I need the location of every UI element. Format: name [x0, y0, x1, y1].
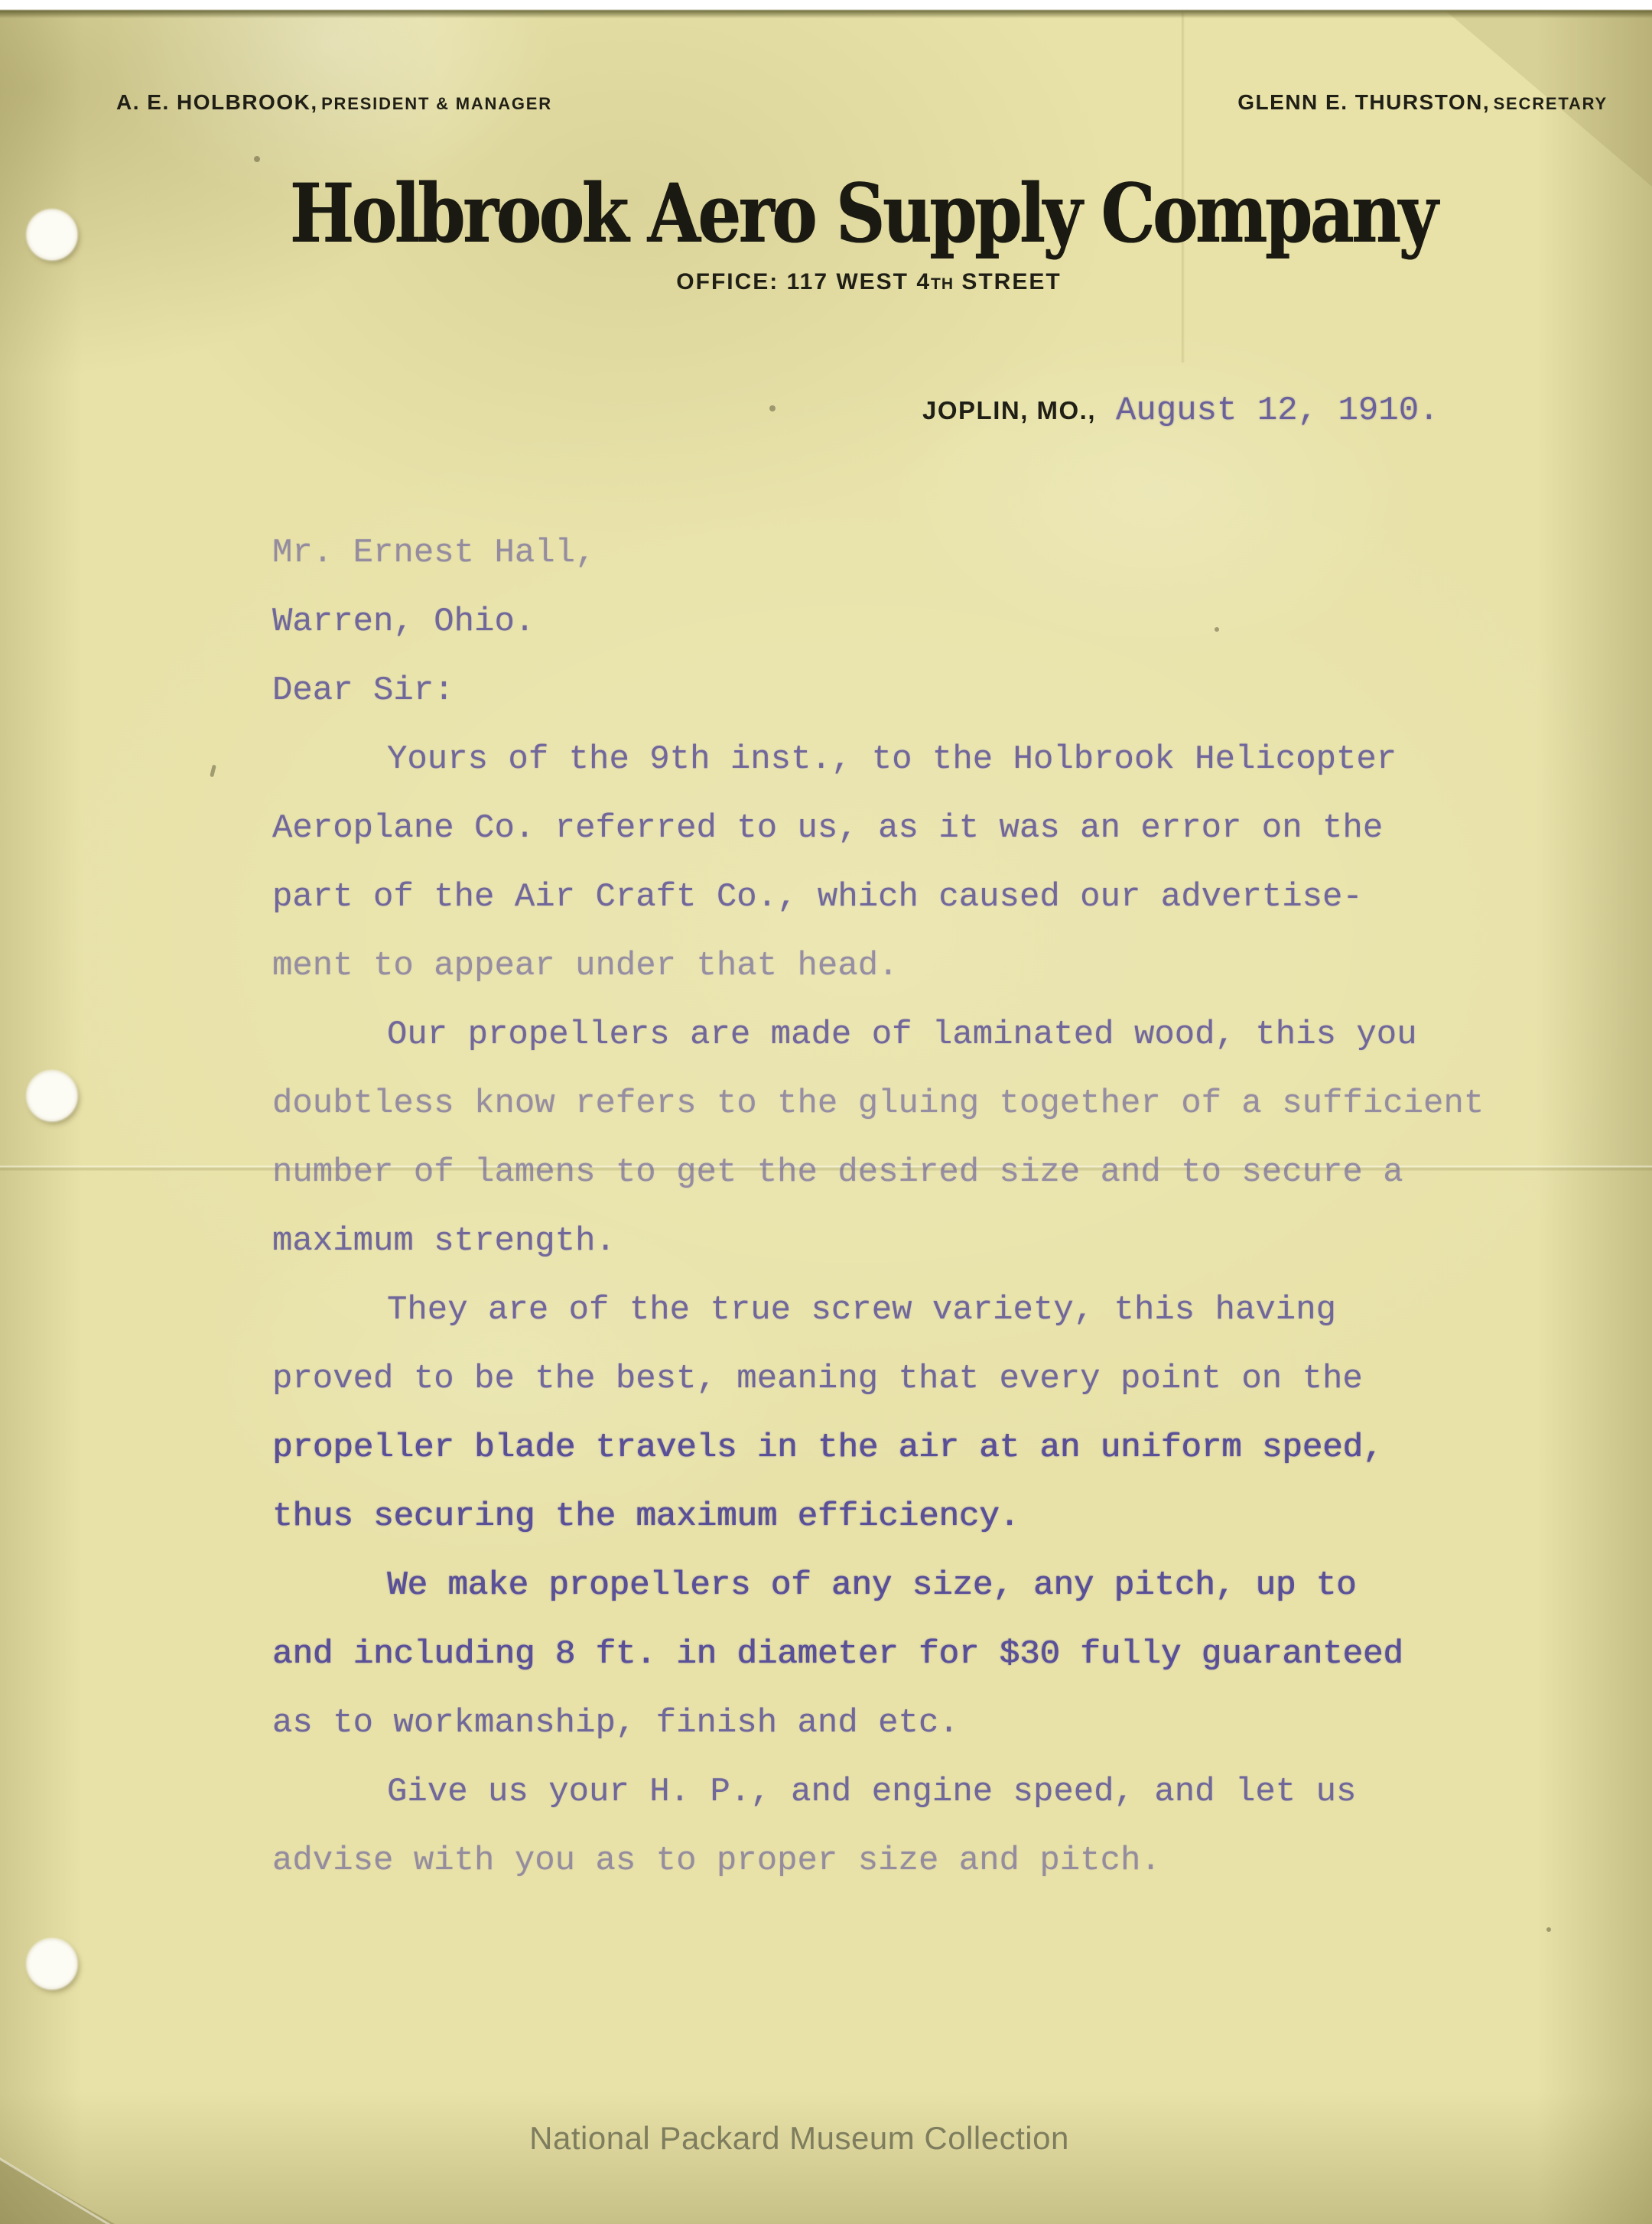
letter-line: advise with you as to proper size and pi… [272, 1826, 1560, 1895]
letter-body: Mr. Ernest Hall,Warren, Ohio.Dear Sir:Yo… [272, 519, 1560, 1895]
letter-line: They are of the true screw variety, this… [272, 1276, 1560, 1344]
letter-line: maximum strength. [272, 1207, 1560, 1276]
corner-fold-bottom-left [0, 2151, 115, 2224]
letter-line: Mr. Ernest Hall, [272, 519, 1560, 587]
letter-line: propeller blade travels in the air at an… [272, 1413, 1560, 1482]
officer-left-name: A. E. HOLBROOK, [116, 90, 318, 114]
letter-line: ment to appear under that head. [272, 932, 1560, 1000]
officer-right-name: GLENN E. THURSTON, [1237, 90, 1490, 114]
dateline-place: JOPLIN, MO., [922, 396, 1096, 425]
officer-left-title: PRESIDENT & MANAGER [321, 94, 552, 113]
letter-line: and including 8 ft. in diameter for $30 … [272, 1620, 1560, 1689]
letter-line: We make propellers of any size, any pitc… [272, 1551, 1560, 1620]
ink-speck [210, 765, 216, 778]
letter-page: A. E. HOLBROOK, PRESIDENT & MANAGER GLEN… [0, 0, 1652, 2224]
letter-line: Give us your H. P., and engine speed, an… [272, 1757, 1560, 1826]
ink-speck [769, 405, 776, 411]
office-suffix: STREET [954, 269, 1062, 294]
officer-right: GLENN E. THURSTON, SECRETARY [1237, 90, 1608, 115]
letter-line: number of lamens to get the desired size… [272, 1138, 1560, 1207]
letter-line: Our propellers are made of laminated woo… [272, 1000, 1560, 1069]
letter-line: doubtless know refers to the gluing toge… [272, 1069, 1560, 1138]
punch-hole-bottom [27, 1939, 77, 1989]
letter-line: part of the Air Craft Co., which caused … [272, 863, 1560, 932]
letter-line: Dear Sir: [272, 656, 1560, 725]
office-address: OFFICE: 117 WEST 4TH STREET [0, 269, 1652, 295]
ink-speck [1546, 1927, 1551, 1932]
letter-line: Warren, Ohio. [272, 587, 1560, 656]
letter-line: Yours of the 9th inst., to the Holbrook … [272, 725, 1560, 794]
punch-hole-middle [27, 1071, 77, 1121]
dateline: JOPLIN, MO., August 12, 1910. [922, 392, 1439, 430]
officer-left: A. E. HOLBROOK, PRESIDENT & MANAGER [116, 90, 552, 115]
letter-line: Aeroplane Co. referred to us, as it was … [272, 794, 1560, 863]
officer-right-title: SECRETARY [1494, 94, 1608, 113]
letter-line: thus securing the maximum efficiency. [272, 1482, 1560, 1551]
company-name: Holbrook Aero Supply Company [290, 165, 1436, 261]
dateline-date: August 12, 1910. [1116, 392, 1439, 430]
letter-line: as to workmanship, finish and etc. [272, 1689, 1560, 1757]
ink-speck [254, 156, 260, 162]
company-name-row: Holbrook Aero Supply Company [0, 165, 1652, 261]
letter-line: proved to be the best, meaning that ever… [272, 1344, 1560, 1413]
office-prefix: OFFICE: 117 WEST 4 [676, 269, 931, 294]
office-ordinal: TH [931, 275, 954, 293]
watermark-text: National Packard Museum Collection [0, 2120, 1598, 2157]
